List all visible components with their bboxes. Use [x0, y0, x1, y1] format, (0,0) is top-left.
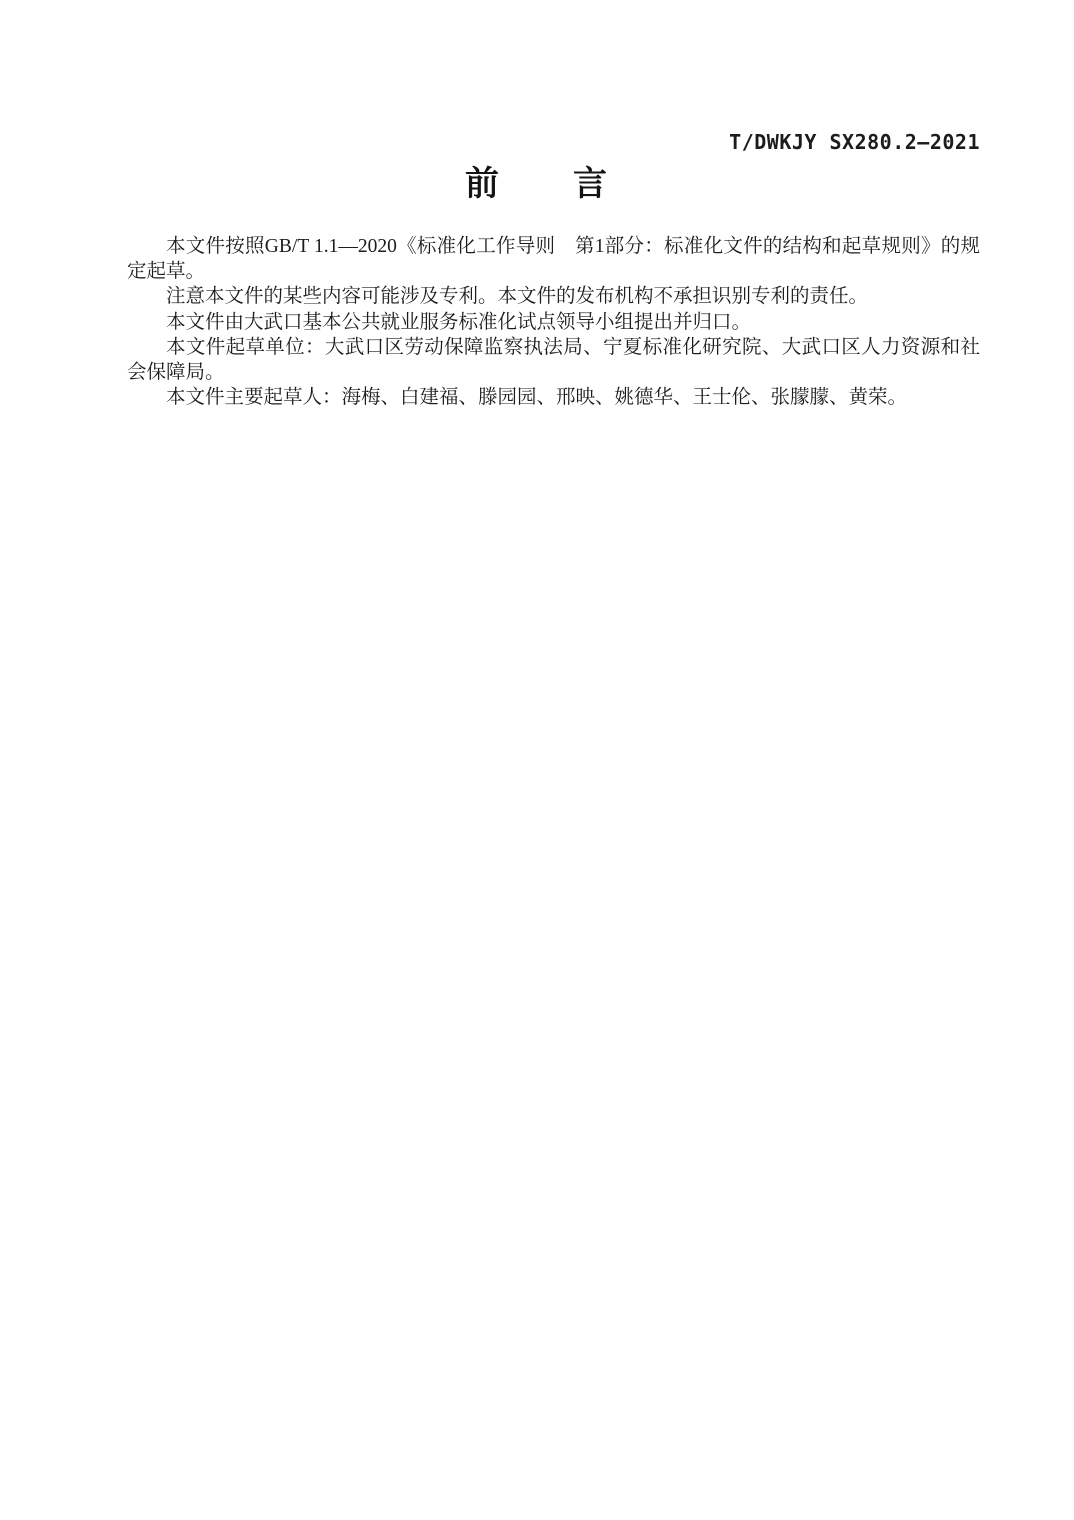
- paragraph-patent-notice: 注意本文件的某些内容可能涉及专利。本文件的发布机构不承担识别专利的责任。: [127, 284, 980, 309]
- paragraph-main-drafters: 本文件主要起草人：海梅、白建福、滕园园、邢映、姚德华、王士伦、张朦朦、黄荣。: [127, 385, 980, 410]
- preface-content: 本文件按照GB/T 1.1—2020《标准化工作导则 第1部分：标准化文件的结构…: [127, 234, 980, 410]
- document-page: T/DWKJY SX280.2—2021 前 言 本文件按照GB/T 1.1—2…: [0, 0, 1074, 1520]
- paragraph-drafting-rules: 本文件按照GB/T 1.1—2020《标准化工作导则 第1部分：标准化文件的结构…: [127, 234, 980, 284]
- paragraph-drafting-organizations: 本文件起草单位：大武口区劳动保障监察执法局、宁夏标准化研究院、大武口区人力资源和…: [127, 335, 980, 385]
- page-title: 前 言: [0, 156, 1074, 205]
- paragraph-proposing-body: 本文件由大武口基本公共就业服务标准化试点领导小组提出并归口。: [127, 310, 980, 335]
- doc-number: T/DWKJY SX280.2—2021: [729, 130, 980, 154]
